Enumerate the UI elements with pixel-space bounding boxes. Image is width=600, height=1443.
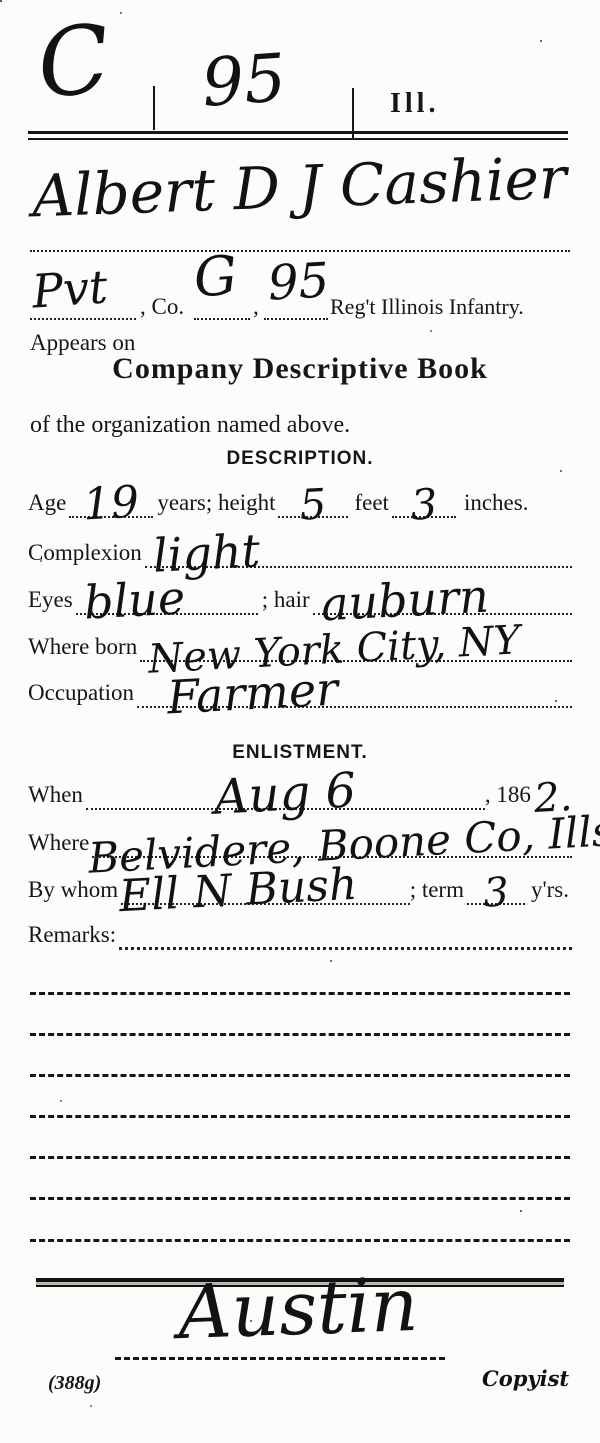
when-field: Aug 6	[86, 774, 485, 810]
age-field: 19	[69, 482, 153, 518]
company-value: G	[192, 249, 239, 306]
header-double-rule	[28, 131, 568, 140]
copyist-signature-value: Austin	[177, 1268, 420, 1350]
hair-field: auburn	[313, 579, 572, 615]
term-unit-label: y'rs.	[525, 877, 572, 905]
eyes-value: blue	[83, 574, 186, 625]
term-field: 3	[467, 869, 525, 905]
by-whom-label: By whom	[28, 877, 121, 905]
hair-label: ; hair	[258, 587, 313, 615]
complexion-field: light	[145, 532, 572, 568]
regiment-rule	[264, 318, 328, 320]
remarks-line	[30, 1156, 570, 1159]
co-label: , Co.	[140, 294, 184, 320]
by-whom-row: By whom Ell N Bush ; term 3 y'rs.	[28, 865, 572, 905]
company-letter-value: C	[33, 12, 114, 113]
when-label: When	[28, 782, 86, 810]
remarks-line	[30, 1115, 570, 1118]
term-label: ; term	[410, 877, 467, 905]
copyist-label: Copyist	[482, 1368, 569, 1389]
year-prefix-label: , 186	[485, 782, 534, 810]
header-divider-1	[153, 86, 155, 130]
rank-rule	[30, 318, 136, 320]
scan-noise	[0, 0, 2, 2]
name-rule	[30, 250, 570, 252]
inches-value: 3	[410, 483, 439, 526]
age-label: Age	[28, 490, 69, 518]
soldier-name-value: Albert D J Cashier	[31, 149, 567, 226]
when-value: Aug 6	[213, 766, 357, 821]
rank-line-comma: ,	[253, 294, 259, 320]
complexion-label: Complexion	[28, 540, 145, 568]
rank-value: Pvt	[30, 263, 108, 314]
occupation-label: Occupation	[28, 680, 137, 708]
feet-label: feet	[348, 490, 391, 518]
remarks-line	[30, 1197, 570, 1200]
by-whom-value: Ell N Bush	[118, 863, 358, 919]
occupation-row: Occupation Farmer	[28, 668, 572, 708]
enlistment-heading: ENLISTMENT.	[0, 742, 600, 764]
state-abbreviation: Ill.	[390, 88, 439, 120]
remarks-field	[119, 923, 572, 950]
eyes-label: Eyes	[28, 587, 76, 615]
company-rule	[194, 318, 250, 320]
by-whom-field: Ell N Bush	[121, 869, 410, 905]
organization-line: of the organization named above.	[30, 412, 350, 439]
complexion-row: Complexion light	[28, 528, 572, 568]
occupation-value: Farmer	[166, 666, 339, 721]
where-label: Where	[28, 830, 92, 858]
years-label: years; height	[153, 490, 278, 518]
regiment-number-value: 95	[200, 45, 288, 117]
signature-rule	[115, 1357, 445, 1360]
occupation-field: Farmer	[137, 672, 572, 708]
regiment-value: 95	[267, 256, 331, 307]
eyes-row: Eyes blue ; hair auburn	[28, 575, 572, 615]
description-heading: DESCRIPTION.	[0, 448, 600, 470]
inches-label: inches.	[456, 490, 532, 518]
where-field: Belvidere, Boone Co, Ills	[92, 822, 572, 858]
remarks-label: Remarks:	[28, 922, 119, 950]
descriptive-book-card: C 95 Ill. Albert D J Cashier Pvt , Co. G…	[0, 0, 600, 1443]
age-value: 19	[82, 481, 140, 528]
where-row: Where Belvidere, Boone Co, Ills	[28, 818, 572, 858]
form-number: (388g)	[48, 1372, 101, 1395]
remarks-line	[30, 1074, 570, 1077]
inches-field: 3	[392, 482, 456, 518]
eyes-field: blue	[76, 579, 258, 615]
age-row: Age 19 years; height 5 feet 3 inches.	[28, 478, 572, 518]
book-title: Company Descriptive Book	[0, 352, 600, 386]
remarks-line	[30, 1239, 570, 1242]
born-field: New York City, NY	[140, 626, 572, 662]
when-row: When Aug 6 , 186 2.	[28, 770, 572, 810]
born-label: Where born	[28, 634, 140, 662]
feet-value: 5	[299, 483, 328, 526]
feet-field: 5	[278, 482, 348, 518]
born-row: Where born New York City, NY	[28, 622, 572, 662]
remarks-line	[30, 1033, 570, 1036]
remarks-line	[30, 992, 570, 995]
remarks-row: Remarks:	[28, 920, 572, 950]
unit-label: Reg't Illinois Infantry.	[330, 294, 524, 320]
term-value: 3	[482, 872, 510, 913]
